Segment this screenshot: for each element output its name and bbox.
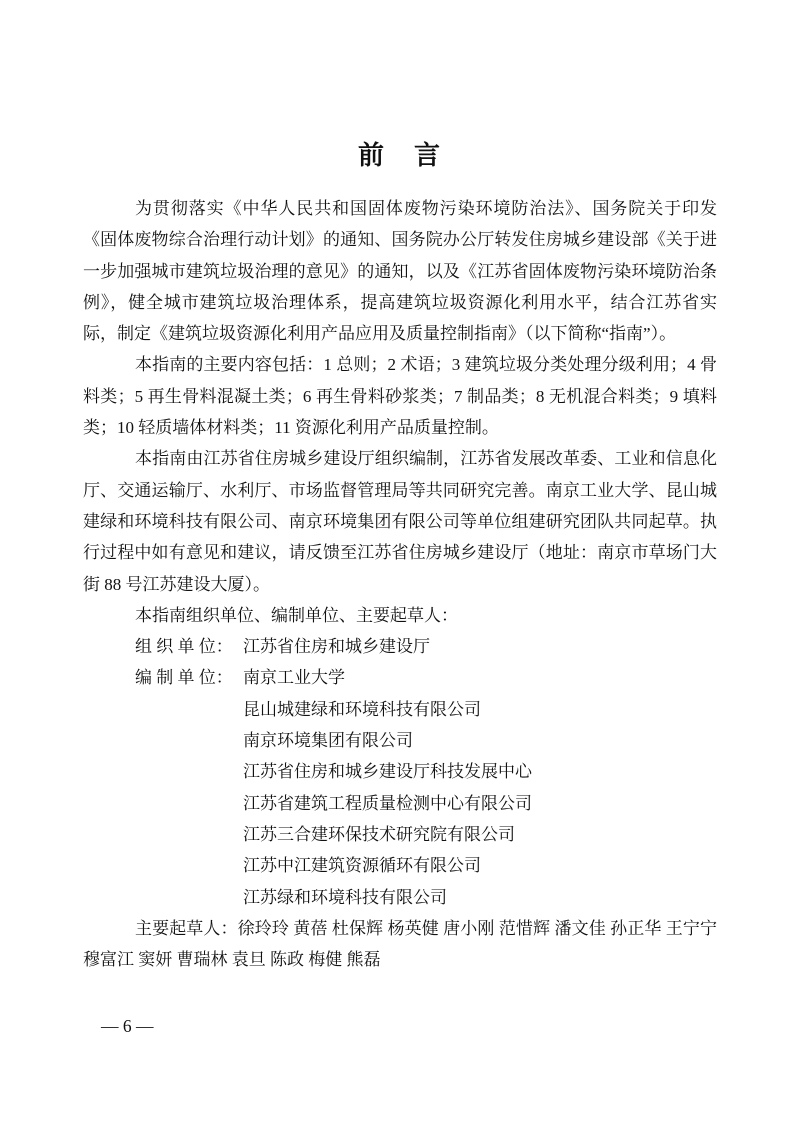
compiler-unit: 江苏三合建环保技术研究院有限公司 (243, 819, 717, 850)
paragraph-units-intro: 本指南组织单位、编制单位、主要起草人： (83, 600, 717, 631)
compiler-unit: 江苏省建筑工程质量检测中心有限公司 (243, 788, 717, 819)
compiler-unit: 江苏绿和环境科技有限公司 (243, 882, 717, 913)
paragraph-contents-overview: 本指南的主要内容包括：1 总则；2 术语；3 建筑垃圾分类处理分级利用；4 骨料… (83, 349, 717, 443)
compiler-unit: 昆山城建绿和环境科技有限公司 (243, 694, 717, 725)
paragraph-legal-basis: 为贯彻落实《中华人民共和国固体废物污染环境防治法》、国务院关于印发《固体废物综合… (83, 193, 717, 349)
document-page: 前 言 为贯彻落实《中华人民共和国固体废物污染环境防治法》、国务院关于印发《固体… (0, 0, 800, 1132)
drafters-paragraph: 主要起草人：徐玲玲 黄蓓 杜保辉 杨英健 唐小刚 范惜辉 潘文佳 孙正华 王宁宁… (83, 913, 717, 976)
organizer-value: 江苏省住房和城乡建设厅 (243, 631, 430, 662)
document-body: 为贯彻落实《中华人民共和国固体废物污染环境防治法》、国务院关于印发《固体废物综合… (83, 193, 717, 975)
organizer-row: 组 织 单 位：江苏省住房和城乡建设厅 (135, 631, 717, 662)
compiler-row: 编 制 单 位：南京工业大学 (135, 662, 717, 693)
compiler-label: 编 制 单 位： (135, 662, 243, 693)
compiler-first-unit: 南京工业大学 (243, 662, 345, 693)
drafters-label: 主要起草人： (135, 919, 238, 938)
page-title: 前 言 (83, 138, 717, 174)
organizer-label: 组 织 单 位： (135, 631, 243, 662)
compiler-unit: 江苏省住房和城乡建设厅科技发展中心 (243, 756, 717, 787)
compiler-unit: 南京环境集团有限公司 (243, 725, 717, 756)
compiler-unit: 江苏中江建筑资源循环有限公司 (243, 850, 717, 881)
page-number: — 6 — (101, 1015, 154, 1037)
paragraph-compilation-info: 本指南由江苏省住房城乡建设厅组织编制，江苏省发展改革委、工业和信息化厅、交通运输… (83, 443, 717, 599)
